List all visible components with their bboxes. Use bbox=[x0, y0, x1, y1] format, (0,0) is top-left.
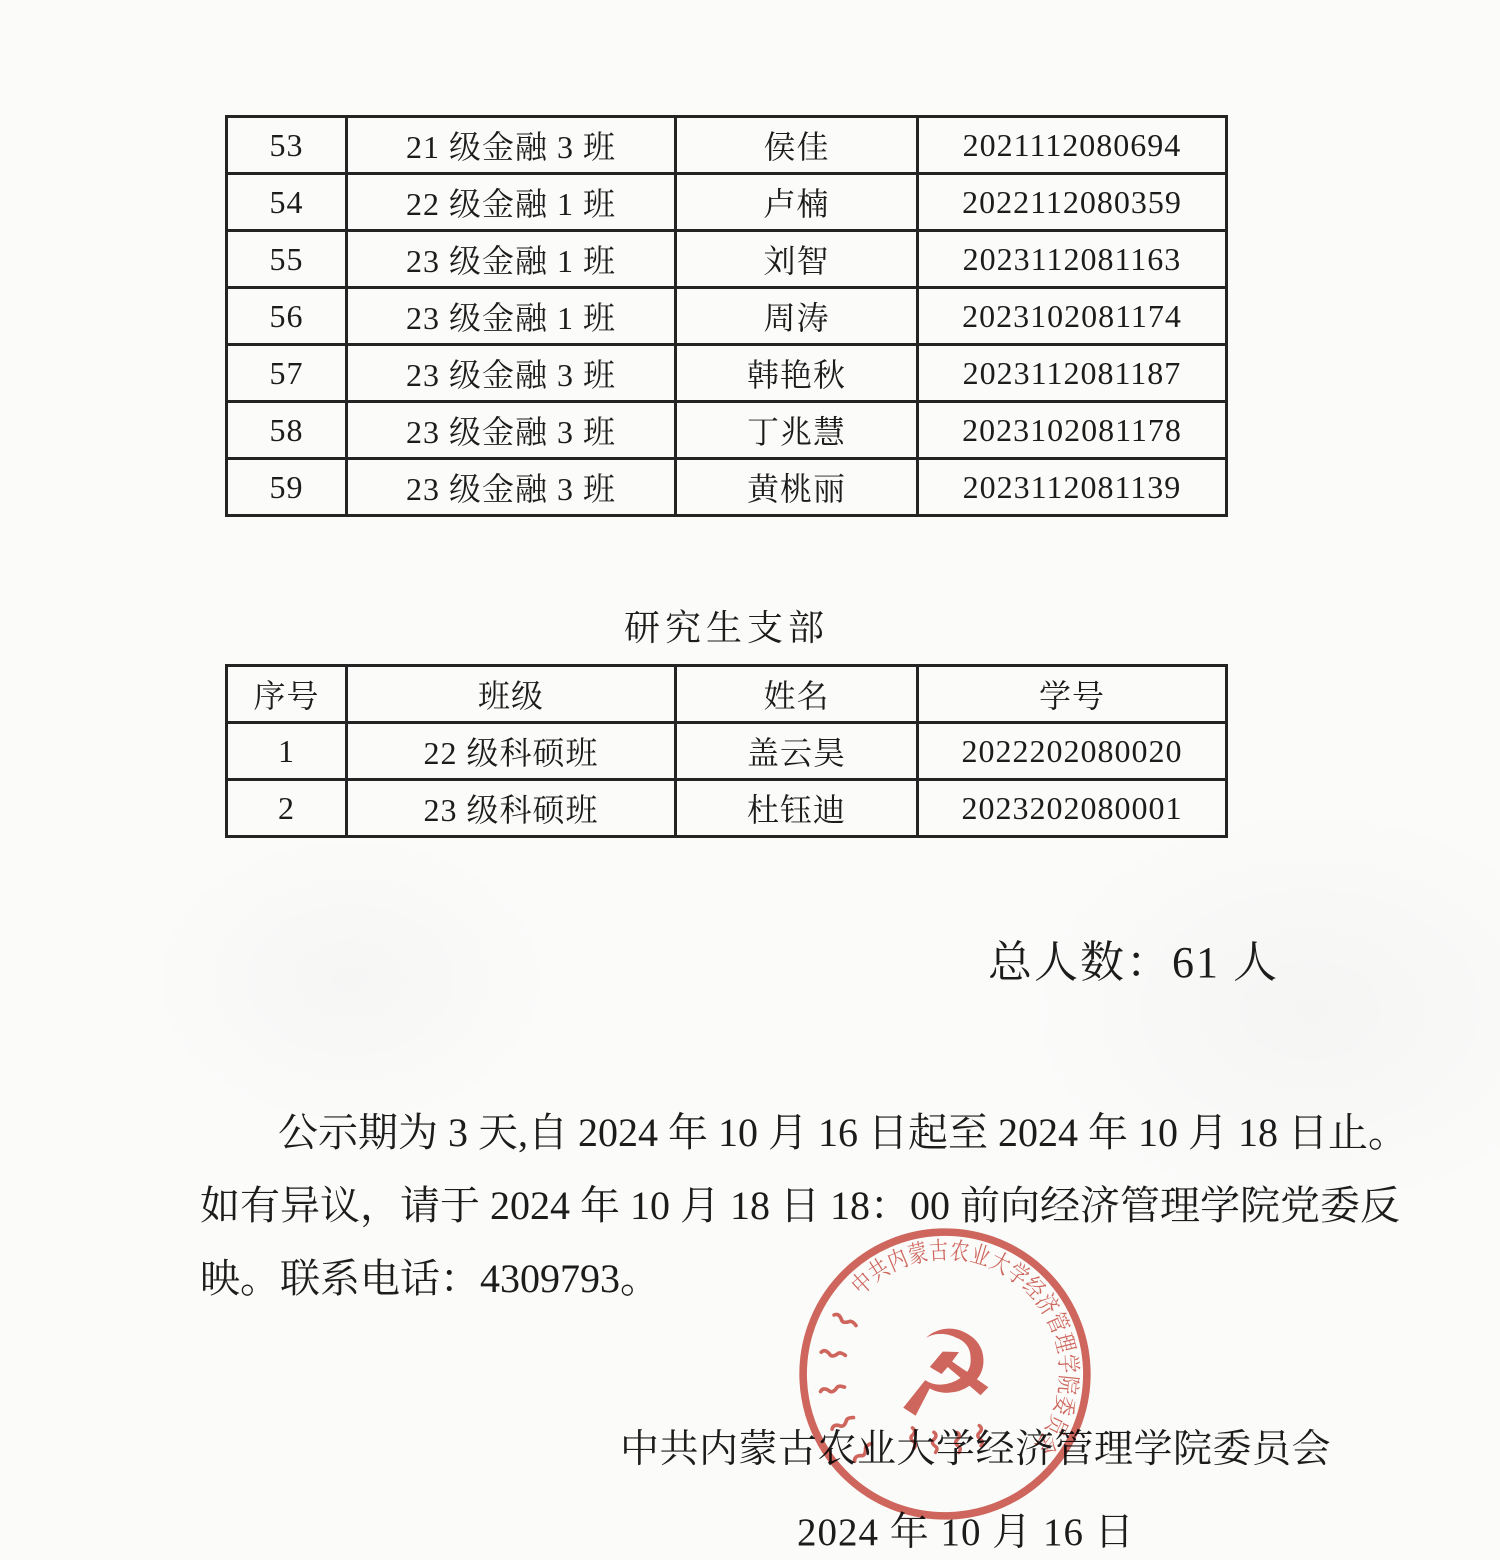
cell-seq: 2 bbox=[227, 780, 347, 837]
cell-name: 侯佳 bbox=[675, 117, 917, 174]
table-row: 53 21 级金融 3 班 侯佳 2021112080694 bbox=[227, 117, 1227, 174]
cell-name: 盖云昊 bbox=[675, 723, 917, 780]
notice-line: 公示期为 3 天,自 2024 年 10 月 16 日起至 2024 年 10 … bbox=[200, 1096, 1360, 1169]
cell-student-id: 2022202080020 bbox=[917, 723, 1226, 780]
total-count: 总人数：61 人 bbox=[988, 926, 1279, 990]
cell-student-id: 2022112080359 bbox=[917, 174, 1226, 231]
cell-class: 23 级金融 3 班 bbox=[346, 345, 675, 402]
column-header-name: 姓名 bbox=[675, 666, 917, 723]
cell-name: 丁兆慧 bbox=[675, 402, 917, 459]
undergrad-roster-table: 53 21 级金融 3 班 侯佳 2021112080694 54 22 级金融… bbox=[225, 115, 1228, 517]
table-row: 55 23 级金融 1 班 刘智 2023112081163 bbox=[227, 231, 1227, 288]
cell-seq: 53 bbox=[227, 117, 347, 174]
cell-name: 刘智 bbox=[675, 231, 917, 288]
notice-line: 映。联系电话：4309793。 bbox=[200, 1242, 1360, 1315]
cell-student-id: 2023102081174 bbox=[917, 288, 1226, 345]
official-seal-stamp: 中共内蒙古农业大学经济管理学院委员会 ☭ bbox=[788, 1217, 1102, 1531]
column-header-seq: 序号 bbox=[227, 666, 347, 723]
cell-student-id: 2023202080001 bbox=[917, 780, 1226, 837]
cell-class: 21 级金融 3 班 bbox=[346, 117, 675, 174]
cell-class: 22 级金融 1 班 bbox=[346, 174, 675, 231]
table-header-row: 序号 班级 姓名 学号 bbox=[227, 666, 1227, 723]
cell-seq: 1 bbox=[227, 723, 347, 780]
cell-seq: 57 bbox=[227, 345, 347, 402]
cell-name: 杜钰迪 bbox=[675, 780, 917, 837]
notice-paragraph: 公示期为 3 天,自 2024 年 10 月 16 日起至 2024 年 10 … bbox=[200, 1096, 1360, 1315]
cell-seq: 54 bbox=[227, 174, 347, 231]
cell-seq: 55 bbox=[227, 231, 347, 288]
table-row: 57 23 级金融 3 班 韩艳秋 2023112081187 bbox=[227, 345, 1227, 402]
announcement-document: 53 21 级金融 3 班 侯佳 2021112080694 54 22 级金融… bbox=[0, 0, 1500, 1560]
cell-class: 23 级金融 1 班 bbox=[346, 288, 675, 345]
cell-class: 23 级金融 3 班 bbox=[346, 402, 675, 459]
cell-class: 23 级金融 1 班 bbox=[346, 231, 675, 288]
cell-name: 黄桃丽 bbox=[675, 459, 917, 516]
notice-line: 如有异议，请于 2024 年 10 月 18 日 18：00 前向经济管理学院党… bbox=[200, 1169, 1360, 1242]
cell-name: 卢楠 bbox=[675, 174, 917, 231]
table-row: 1 22 级科硕班 盖云昊 2022202080020 bbox=[227, 723, 1227, 780]
cell-student-id: 2021112080694 bbox=[917, 117, 1226, 174]
column-header-student-id: 学号 bbox=[917, 666, 1226, 723]
table-row: 54 22 级金融 1 班 卢楠 2022112080359 bbox=[227, 174, 1227, 231]
table-row: 2 23 级科硕班 杜钰迪 2023202080001 bbox=[227, 780, 1227, 837]
grad-branch-title: 研究生支部 bbox=[225, 600, 1228, 651]
mongolian-script-marks bbox=[818, 1312, 874, 1464]
column-header-class: 班级 bbox=[346, 666, 675, 723]
cell-student-id: 2023112081163 bbox=[917, 231, 1226, 288]
cell-student-id: 2023112081139 bbox=[917, 459, 1226, 516]
cell-class: 22 级科硕班 bbox=[346, 723, 675, 780]
grad-roster-table: 序号 班级 姓名 学号 1 22 级科硕班 盖云昊 2022202080020 … bbox=[225, 664, 1228, 838]
cell-class: 23 级金融 3 班 bbox=[346, 459, 675, 516]
cell-name: 周涛 bbox=[675, 288, 917, 345]
cell-student-id: 2023102081178 bbox=[917, 402, 1226, 459]
seal-graphic: 中共内蒙古农业大学经济管理学院委员会 ☭ bbox=[788, 1217, 1102, 1531]
table-row: 58 23 级金融 3 班 丁兆慧 2023102081178 bbox=[227, 402, 1227, 459]
cell-student-id: 2023112081187 bbox=[917, 345, 1226, 402]
cell-seq: 56 bbox=[227, 288, 347, 345]
hammer-and-sickle-icon: ☭ bbox=[890, 1304, 1000, 1445]
cell-seq: 58 bbox=[227, 402, 347, 459]
table-row: 56 23 级金融 1 班 周涛 2023102081174 bbox=[227, 288, 1227, 345]
cell-class: 23 级科硕班 bbox=[346, 780, 675, 837]
table-row: 59 23 级金融 3 班 黄桃丽 2023112081139 bbox=[227, 459, 1227, 516]
cell-name: 韩艳秋 bbox=[675, 345, 917, 402]
cell-seq: 59 bbox=[227, 459, 347, 516]
